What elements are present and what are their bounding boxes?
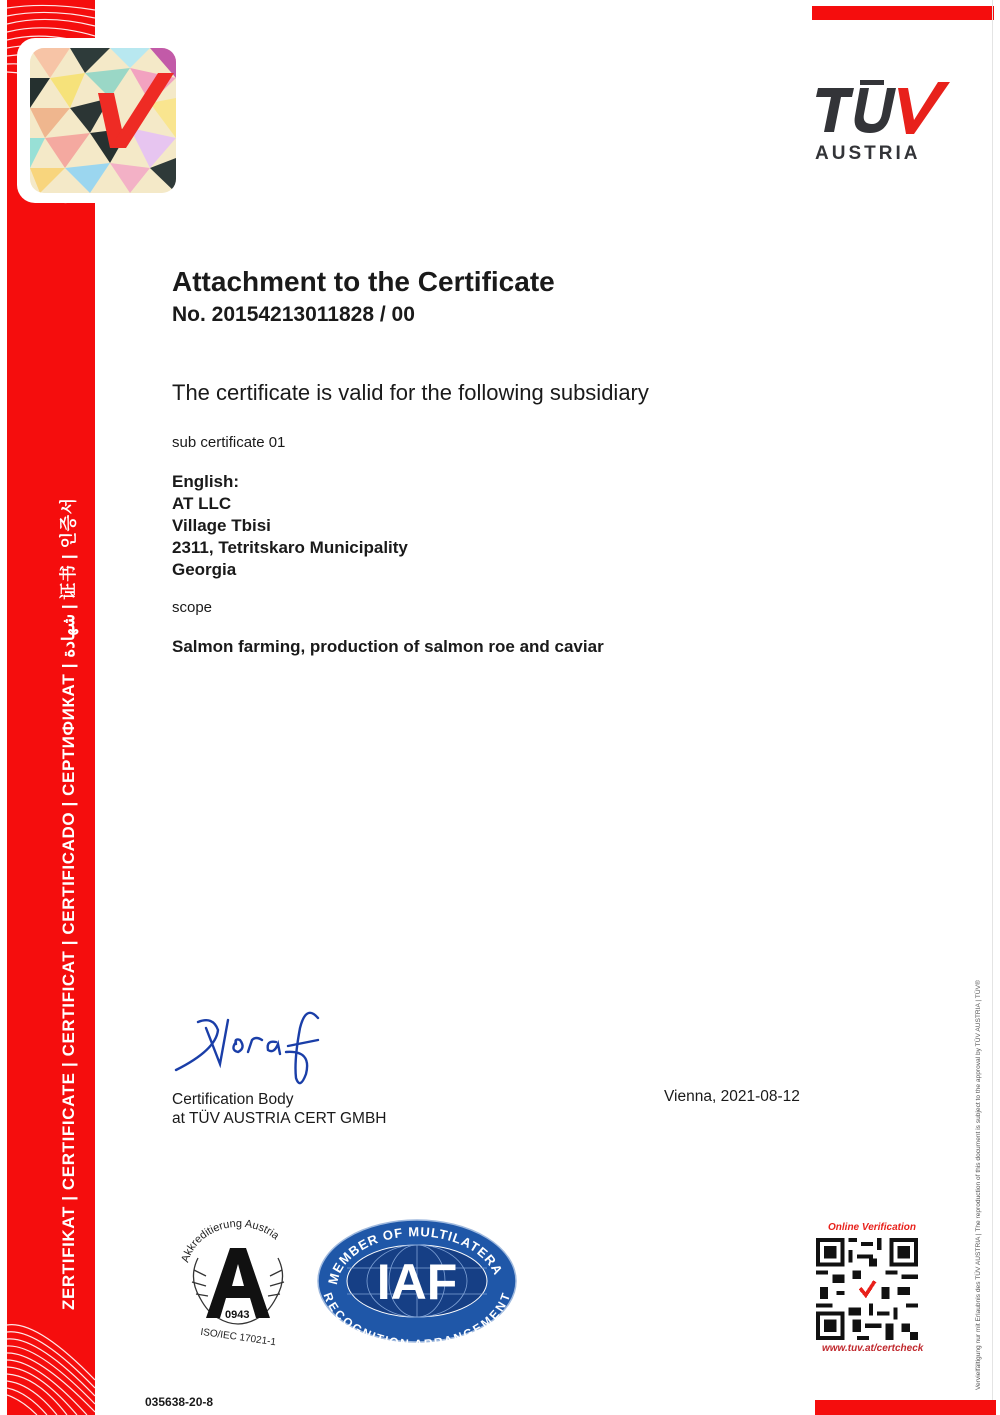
address-language-label: English: — [172, 471, 408, 493]
wave-pattern-bottom — [7, 1320, 95, 1415]
online-verification-label: Online Verification — [828, 1222, 916, 1233]
signature-image — [168, 1000, 328, 1090]
svg-text:0943: 0943 — [225, 1309, 249, 1321]
tuv-austria-subtext: AUSTRIA — [815, 143, 920, 165]
validity-statement: The certificate is valid for the followi… — [172, 380, 649, 406]
address-line: 2311, Tetritskaro Municipality — [172, 537, 408, 559]
qr-code[interactable] — [816, 1238, 918, 1340]
akkreditierung-austria-logo: Akkreditierung Austria 0943 ISO/IEC 1702… — [178, 1218, 298, 1348]
subsidiary-address: English: AT LLC Village Tbisi 2311, Tetr… — [172, 471, 408, 581]
hologram-check-icon — [30, 48, 176, 193]
address-line: AT LLC — [172, 493, 408, 515]
side-band: ZERTIFIKAT | CERTIFICATE | CERTIFICAT | … — [7, 0, 95, 1415]
bottom-accent-bar — [815, 1400, 996, 1415]
svg-text:IAF: IAF — [377, 1254, 458, 1310]
hologram-seal — [17, 38, 187, 203]
place-date: Vienna, 2021-08-12 — [664, 1088, 800, 1106]
reproduction-note: Vervielfältigung nur mit Erlaubnis des T… — [975, 980, 982, 1390]
sub-certificate-label: sub certificate 01 — [172, 434, 285, 451]
certification-body-line2: at TÜV AUSTRIA CERT GMBH — [172, 1109, 386, 1128]
certificate-number: No. 20154213011828 / 00 — [172, 303, 415, 327]
iaf-mla-logo: IAF MEMBER OF MULTILATERAL RECOGNITION A… — [316, 1218, 518, 1344]
document-title: Attachment to the Certificate — [172, 266, 555, 298]
page-edge — [992, 0, 993, 1415]
verification-url-link[interactable]: www.tuv.at/certcheck — [822, 1343, 923, 1354]
document-code: 035638-20-8 — [145, 1395, 213, 1409]
svg-text:ISO/IEC 17021-1: ISO/IEC 17021-1 — [200, 1327, 277, 1348]
certification-body-line1: Certification Body — [172, 1090, 386, 1109]
scope-text: Salmon farming, production of salmon roe… — [172, 637, 604, 657]
certification-body: Certification Body at TÜV AUSTRIA CERT G… — [172, 1090, 386, 1128]
side-band-text: ZERTIFIKAT | CERTIFICATE | CERTIFICAT | … — [54, 497, 79, 1310]
address-line: Village Tbisi — [172, 515, 408, 537]
top-accent-bar — [812, 6, 994, 20]
address-line: Georgia — [172, 559, 408, 581]
scope-label: scope — [172, 599, 212, 616]
